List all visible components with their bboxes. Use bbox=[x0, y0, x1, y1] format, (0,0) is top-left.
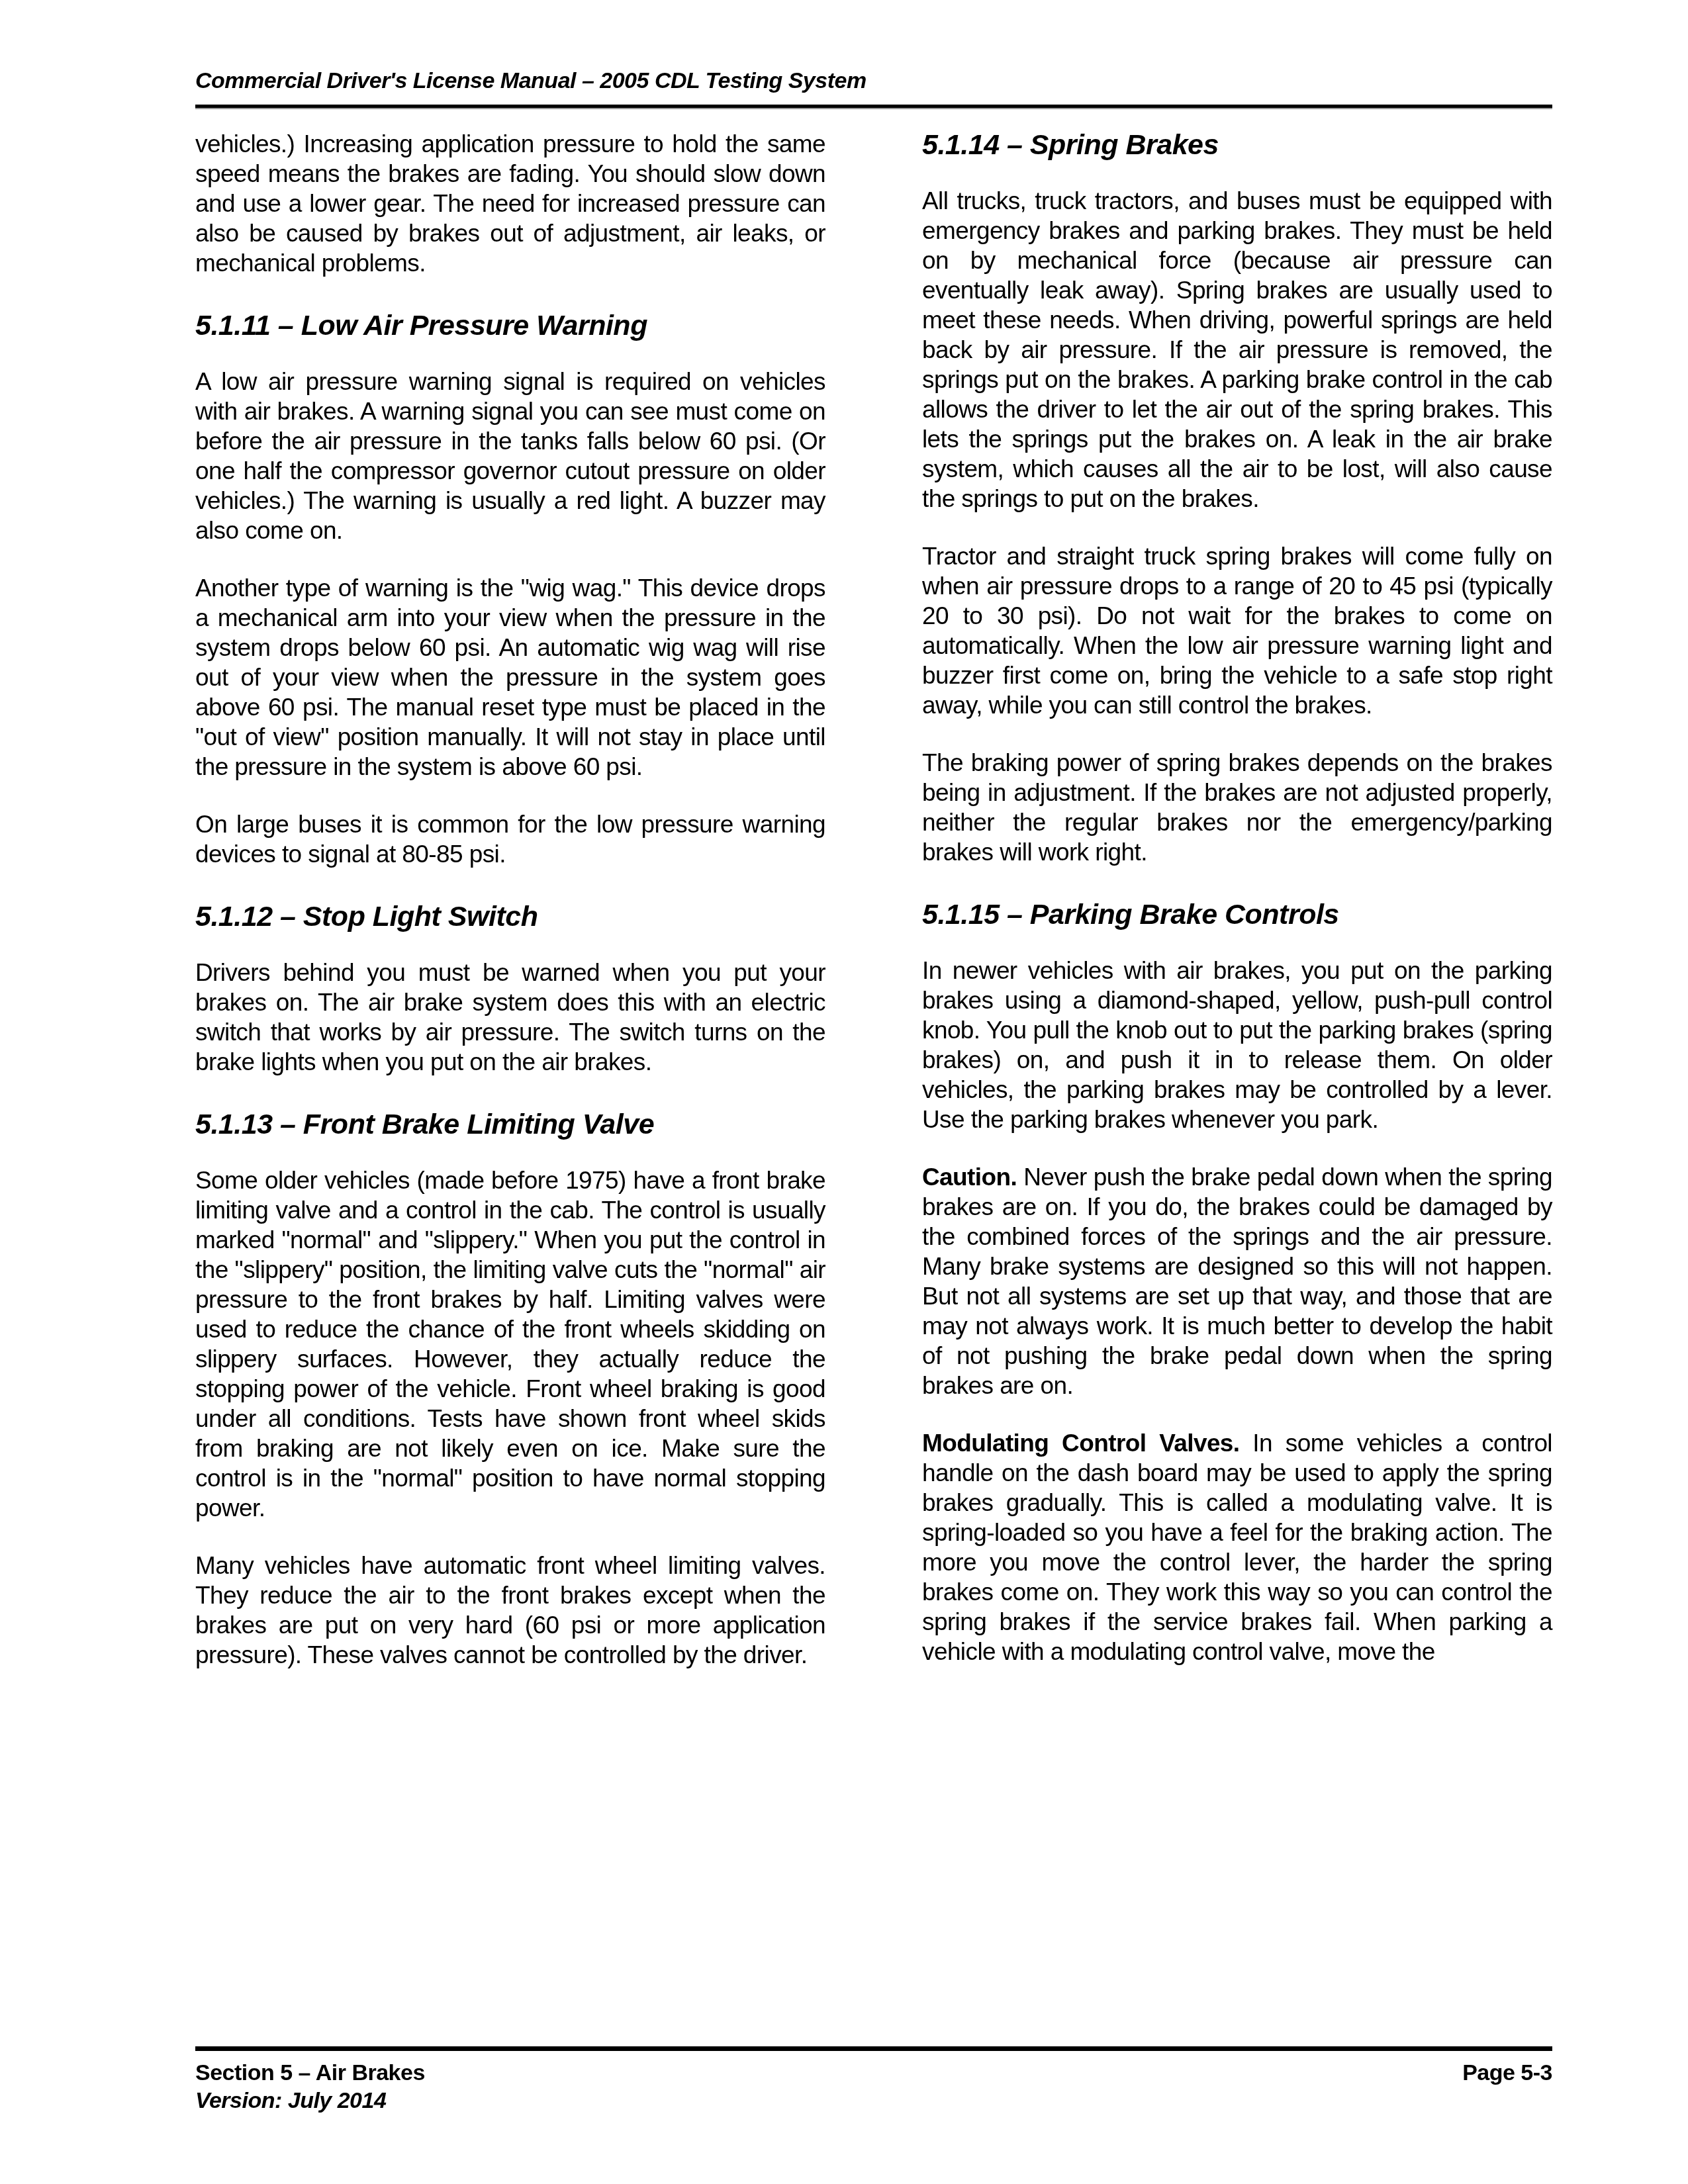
footer-section-label: Section 5 – Air Brakes bbox=[195, 2060, 425, 2085]
footer-page-number: Page 5-3 bbox=[1462, 2060, 1552, 2085]
page-content: Commercial Driver's License Manual – 200… bbox=[195, 0, 1552, 1670]
paragraph-automatic-limiting-valves: Many vehicles have automatic front wheel… bbox=[195, 1551, 825, 1670]
header-divider bbox=[195, 105, 1552, 109]
footer-row: Section 5 – Air Brakes Page 5-3 bbox=[195, 2060, 1552, 2085]
paragraph-caution: Caution. Never push the brake pedal down… bbox=[922, 1162, 1552, 1400]
paragraph-low-air-warning: A low air pressure warning signal is req… bbox=[195, 367, 825, 545]
paragraph-front-brake-limiting-valve: Some older vehicles (made before 1975) h… bbox=[195, 1165, 825, 1523]
footer-divider bbox=[195, 2046, 1552, 2051]
right-column: 5.1.14 – Spring Brakes All trucks, truck… bbox=[922, 129, 1552, 1670]
modulating-valves-lead-label: Modulating Control Valves. bbox=[922, 1430, 1240, 1457]
paragraph-modulating-control-valves: Modulating Control Valves. In some vehic… bbox=[922, 1428, 1552, 1666]
section-heading-5-1-12: 5.1.12 – Stop Light Switch bbox=[195, 901, 825, 933]
page-footer: Section 5 – Air Brakes Page 5-3 Version:… bbox=[195, 2046, 1552, 2113]
paragraph-spring-brakes-intro: All trucks, truck tractors, and buses mu… bbox=[922, 186, 1552, 514]
section-heading-5-1-14: 5.1.14 – Spring Brakes bbox=[922, 129, 1552, 161]
caution-lead-label: Caution. bbox=[922, 1163, 1017, 1191]
paragraph-spring-brakes-psi-range: Tractor and straight truck spring brakes… bbox=[922, 541, 1552, 720]
paragraph-stop-light-switch: Drivers behind you must be warned when y… bbox=[195, 958, 825, 1077]
caution-body-text: Never push the brake pedal down when the… bbox=[922, 1163, 1552, 1399]
modulating-valves-body-text: In some vehicles a control handle on the… bbox=[922, 1430, 1552, 1665]
paragraph-braking-power-adjustment: The braking power of spring brakes depen… bbox=[922, 748, 1552, 867]
paragraph-fading-brakes: vehicles.) Increasing application pressu… bbox=[195, 129, 825, 278]
paragraph-parking-brake-controls: In newer vehicles with air brakes, you p… bbox=[922, 956, 1552, 1134]
two-column-body: vehicles.) Increasing application pressu… bbox=[195, 129, 1552, 1670]
section-heading-5-1-11: 5.1.11 – Low Air Pressure Warning bbox=[195, 310, 825, 341]
paragraph-wig-wag: Another type of warning is the "wig wag.… bbox=[195, 573, 825, 782]
left-column: vehicles.) Increasing application pressu… bbox=[195, 129, 825, 1670]
section-heading-5-1-15: 5.1.15 – Parking Brake Controls bbox=[922, 899, 1552, 931]
manual-page: Commercial Driver's License Manual – 200… bbox=[0, 0, 1688, 2184]
footer-version-label: Version: July 2014 bbox=[195, 2088, 1552, 2113]
paragraph-large-buses: On large buses it is common for the low … bbox=[195, 809, 825, 869]
header-title: Commercial Driver's License Manual – 200… bbox=[195, 65, 1552, 97]
section-heading-5-1-13: 5.1.13 – Front Brake Limiting Valve bbox=[195, 1109, 825, 1140]
page-header: Commercial Driver's License Manual – 200… bbox=[195, 0, 1552, 109]
